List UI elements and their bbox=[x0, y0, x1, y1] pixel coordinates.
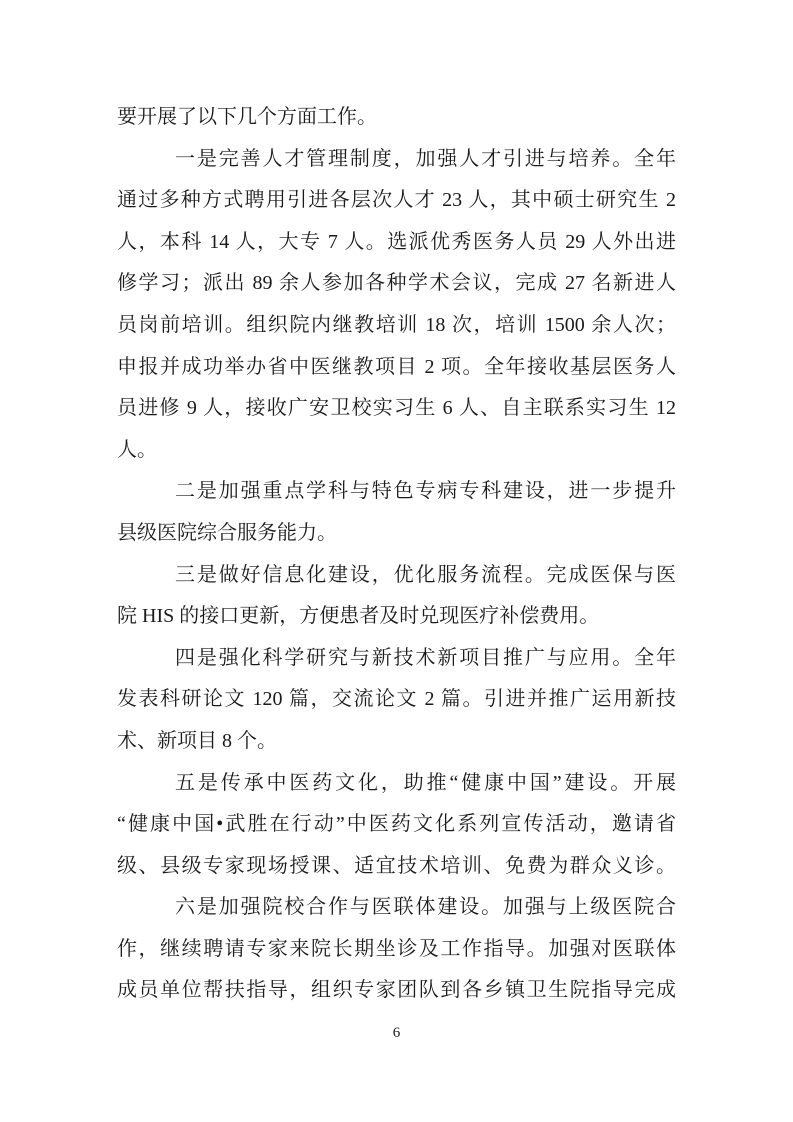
document-page: 要开展了以下几个方面工作。一是完善人才管理制度，加强人才引进与培养。全年通过多种… bbox=[0, 0, 793, 1122]
text-line: 六是加强院校合作与医联体建设。加强与上级医院合 bbox=[117, 887, 676, 929]
text-line: 一是完善人才管理制度，加强人才引进与培养。全年 bbox=[117, 139, 676, 181]
text-line: 五是传承中医药文化，助推“健康中国”建设。开展 bbox=[117, 763, 676, 805]
text-line: 通过多种方式聘用引进各层次人才 23 人，其中硕士研究生 2 bbox=[117, 180, 676, 222]
text-line: 作，继续聘请专家来院长期坐诊及工作指导。加强对医联体 bbox=[117, 929, 676, 971]
paragraph: 要开展了以下几个方面工作。 bbox=[117, 97, 676, 139]
text-line: “健康中国•武胜在行动”中医药文化系列宣传活动，邀请省 bbox=[117, 804, 676, 846]
text-line: 级、县级专家现场授课、适宜技术培训、免费为群众义诊。 bbox=[117, 846, 676, 888]
text-line: 成员单位帮扶指导，组织专家团队到各乡镇卫生院指导完成 bbox=[117, 970, 676, 1012]
page-number: 6 bbox=[0, 1022, 793, 1044]
paragraph: 二是加强重点学科与特色专病专科建设，进一步提升县级医院综合服务能力。 bbox=[117, 471, 676, 554]
text-line: 人。 bbox=[117, 430, 676, 472]
text-line: 发表科研论文 120 篇，交流论文 2 篇。引进并推广运用新技 bbox=[117, 679, 676, 721]
paragraph: 一是完善人才管理制度，加强人才引进与培养。全年通过多种方式聘用引进各层次人才 2… bbox=[117, 139, 676, 472]
text-line: 修学习；派出 89 余人参加各种学术会议，完成 27 名新进人 bbox=[117, 263, 676, 305]
paragraph: 六是加强院校合作与医联体建设。加强与上级医院合作，继续聘请专家来院长期坐诊及工作… bbox=[117, 887, 676, 1012]
text-line: 四是强化科学研究与新技术新项目推广与应用。全年 bbox=[117, 638, 676, 680]
text-line: 人，本科 14 人，大专 7 人。选派优秀医务人员 29 人外出进 bbox=[117, 222, 676, 264]
paragraph: 五是传承中医药文化，助推“健康中国”建设。开展“健康中国•武胜在行动”中医药文化… bbox=[117, 763, 676, 888]
text-line: 员进修 9 人，接收广安卫校实习生 6 人、自主联系实习生 12 bbox=[117, 388, 676, 430]
paragraph: 四是强化科学研究与新技术新项目推广与应用。全年发表科研论文 120 篇，交流论文… bbox=[117, 638, 676, 763]
text-line: 术、新项目 8 个。 bbox=[117, 721, 676, 763]
text-line: 二是加强重点学科与特色专病专科建设，进一步提升 bbox=[117, 471, 676, 513]
text-line: 要开展了以下几个方面工作。 bbox=[117, 97, 676, 139]
document-text: 要开展了以下几个方面工作。一是完善人才管理制度，加强人才引进与培养。全年通过多种… bbox=[117, 97, 676, 1012]
text-line: 院 HIS 的接口更新，方便患者及时兑现医疗补偿费用。 bbox=[117, 596, 676, 638]
text-line: 县级医院综合服务能力。 bbox=[117, 513, 676, 555]
text-line: 员岗前培训。组织院内继教培训 18 次，培训 1500 余人次； bbox=[117, 305, 676, 347]
text-line: 申报并成功举办省中医继教项目 2 项。全年接收基层医务人 bbox=[117, 347, 676, 389]
paragraph: 三是做好信息化建设，优化服务流程。完成医保与医院 HIS 的接口更新，方便患者及… bbox=[117, 555, 676, 638]
text-line: 三是做好信息化建设，优化服务流程。完成医保与医 bbox=[117, 555, 676, 597]
